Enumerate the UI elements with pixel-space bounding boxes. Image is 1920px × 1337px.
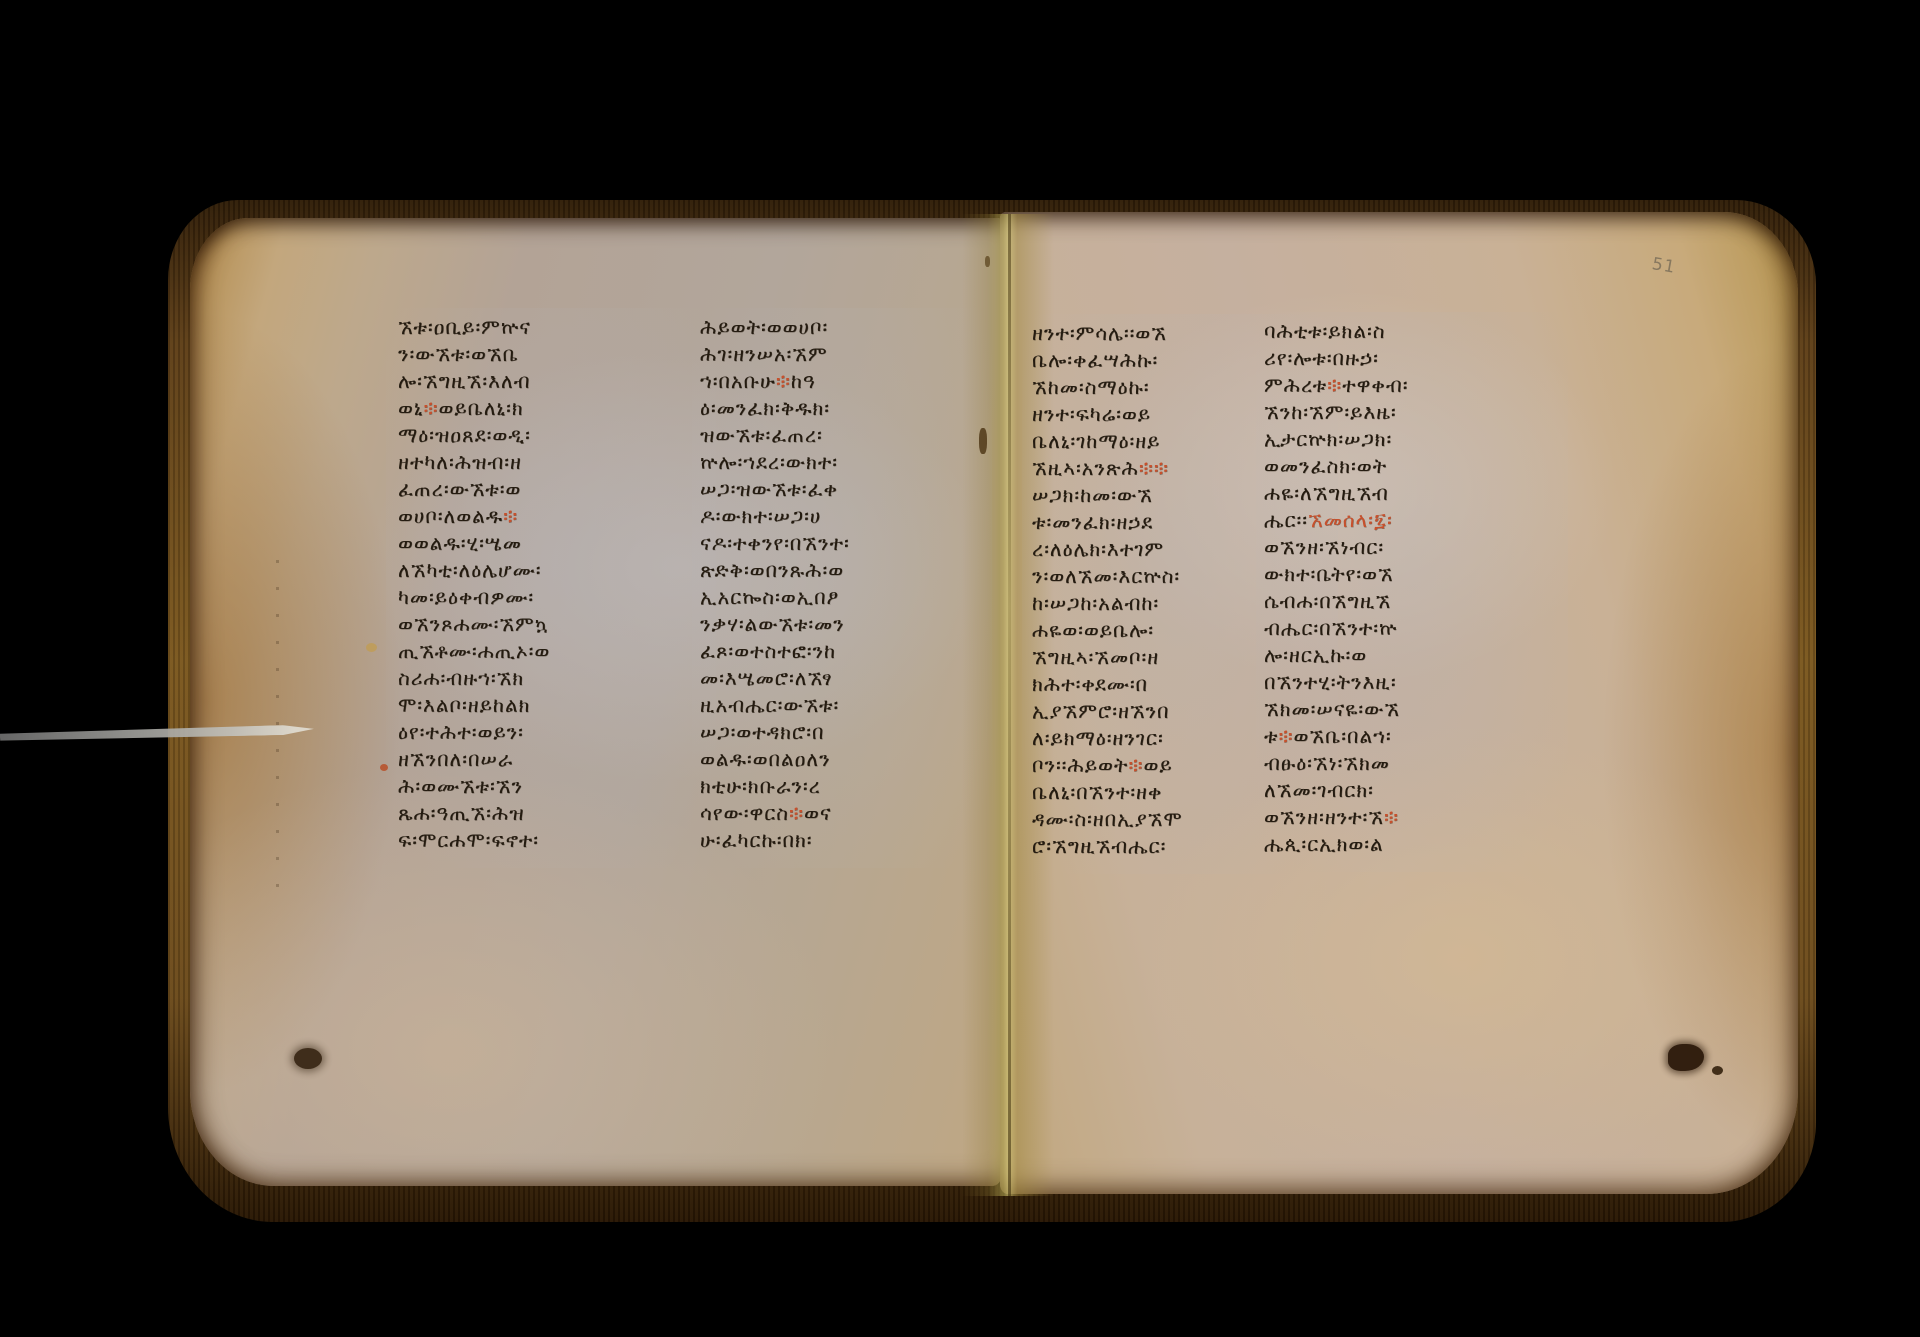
manuscript-text-line: ዘንተ፡ምሳሌ፡፡ወኧ (1032, 320, 1183, 347)
rubric-text: ፨ (503, 504, 518, 528)
manuscript-text-line: ጢኧቶሙ፡ሐጢኦ፡ወ (398, 638, 550, 665)
manuscript-text-line: ኧቱ፡ዐቢይ፡ምኵና (398, 314, 550, 341)
ink-text: ሎ፡ኧግዚኧ፡እለብ (398, 369, 531, 393)
ink-text: ጢኧቶሙ፡ሐጢኦ፡ወ (398, 639, 550, 663)
manuscript-text-line: መ፡እሤመሮ፡ለኧፃ (700, 665, 850, 692)
ink-text: ኵሎ፡ኀደረ፡ውክተ፡ (700, 450, 838, 474)
ink-text: ቤለኒ፡ገከማዕ፡ዘይ (1032, 429, 1160, 453)
ink-text: ሔር፡፡ (1264, 508, 1308, 532)
ink-text: ሠጋ፡ወተዳክሮ፡በ (700, 720, 824, 744)
manuscript-text-line: ወኒ፨ወይቤለኒ፡ክ (398, 395, 550, 422)
manuscript-text-line: ወሀቦ፡ለወልዱ፨ (398, 503, 550, 530)
text-column-right-2: ባሕቲቱ፡ይክል፡ስሪየ፡ሎቱ፡በዙኃ፡ምሕረቱ፨ተዋቀብ፡ኧንከ፡ኧም፡ይእዜ… (1264, 318, 1408, 858)
ink-text: ወልዱ፡ወበልዐለን (700, 747, 831, 771)
manuscript-text-line: ጽድቅ፡ወበንጹሕ፡ወ (700, 557, 850, 584)
ink-text: ቤለኒ፡በኧንተ፡ዘቀ (1032, 780, 1162, 804)
manuscript-text-line: ኧዚኣ፡አንጽሕ፨፨ (1032, 455, 1183, 482)
manuscript-text-line: ሳየው፡ዋርስ፨ወና (700, 800, 850, 827)
ink-text: ሞ፡እልቦ፡ዘይከልክ (398, 693, 530, 717)
manuscript-text-line: ኧንከ፡ኧም፡ይእዜ፡ (1264, 399, 1408, 426)
rubric-text: ፨ (1128, 753, 1143, 777)
ink-text: ኢያኧምሮ፡ዘኧንበ (1032, 699, 1170, 723)
ink-text: ዘንተ፡ምሳሌ፡፡ወኧ (1032, 321, 1167, 345)
manuscript-text-line: ዘኧንበለ፡በሠራ (398, 746, 550, 773)
manuscript-text-line: ዘንተ፡ፍካሬ፡ወይ (1032, 401, 1183, 428)
manuscript-text-line: ዘተካለ፡ሕዝብ፡ዘ (398, 449, 550, 476)
manuscript-text-line: ሮ፡ኧግዚኧብሔር፡ (1032, 833, 1183, 860)
manuscript-text-line: ክሕተ፡ቀደሙ፡በ (1032, 671, 1183, 698)
manuscript-text-line: ዕየ፡ተሕተ፡ወይን፡ (398, 719, 550, 746)
ink-text: ን፡ወለኧመ፡እርኵስ፡ (1032, 564, 1180, 588)
ink-text: ቤሎ፡ቀፈሣሕኩ፡ (1032, 348, 1158, 372)
ink-text: ሎ፡ዘርኢኩ፡ወ (1264, 643, 1367, 667)
ink-text: ሪየ፡ሎቱ፡በዙኃ፡ (1264, 346, 1379, 370)
manuscript-text-line: ለ፡ይክማዕ፡ዘንገር፡ (1032, 725, 1183, 752)
manuscript-text-line: ዚአብሔር፡ውኧቱ፡ (700, 692, 850, 719)
manuscript-text-line: ምሕረቱ፨ተዋቀብ፡ (1264, 372, 1408, 399)
red-fleck (380, 764, 388, 771)
ink-text: ወኧንጾሐሙ፡ኧምኳ (398, 612, 549, 636)
manuscript-text-line: ረ፡ለዕሌክ፡እተገም (1032, 536, 1183, 563)
manuscript-text-line: ሎ፡ኧግዚኧ፡እለብ (398, 368, 550, 395)
ink-text: ሕ፡ወሙኧቱ፡ኧን (398, 774, 523, 798)
manuscript-text-line: ከ፡ሠጋከ፡አልብከ፡ (1032, 590, 1183, 617)
manuscript-text-line: ሕ፡ወሙኧቱ፡ኧን (398, 773, 550, 800)
ink-text: ከዓ (791, 369, 816, 393)
rubric-text: ፨፨ (1139, 456, 1169, 480)
ink-text: ኢታርኵክ፡ሠጋክ፡ (1264, 427, 1392, 451)
manuscript-text-line: ፍ፡ሞርሐሞ፡ፍኖተ፡ (398, 827, 550, 854)
manuscript-text-line: ፈጠረ፡ውኧቱ፡ወ (398, 476, 550, 503)
ink-text: ጽድቅ፡ወበንጹሕ፡ወ (700, 558, 844, 582)
manuscript-text-line: ን፡ወለኧመ፡እርኵስ፡ (1032, 563, 1183, 590)
ink-text: በኧንተሂ፡ትንእዚ፡ (1264, 670, 1397, 694)
ink-text: ዳሙ፡ስ፡ዘበኢያኧሞ (1032, 807, 1183, 831)
ink-stain (1712, 1066, 1723, 1075)
ink-text: ፈጾ፡ወተስተፎ፡ንከ (700, 639, 836, 663)
manuscript-text-line: በኧንተሂ፡ትንእዚ፡ (1264, 669, 1408, 696)
manuscript-text-line: ሁ፡ፈካርኩ፡በክ፡ (700, 827, 850, 854)
ink-text: ኧግዚኣ፡ኧመቦ፡ዘ (1032, 645, 1159, 669)
manuscript-text-line: ሠጋ፡ዝውኧቱ፡ፈቀ (700, 476, 850, 503)
rubric-text: ፨ (776, 369, 791, 393)
manuscript-text-line: ሠጋ፡ወተዳክሮ፡በ (700, 719, 850, 746)
rubric-text: ፨ (789, 801, 804, 825)
ink-text: ወወልዱ፡ሂ፡ሤመ (398, 531, 522, 555)
text-column-left-2: ሕይወት፡ወወሀቦ፡ሕገ፡ዘንሠአ፡ኧምኀ፡በአቡሁ፨ከዓዕ፡መንፈክ፡ቅዱክ፡… (700, 314, 850, 854)
ink-text: ፈጠረ፡ውኧቱ፡ወ (398, 477, 521, 501)
ink-text: ሔጲ፡ርኢክወ፡ል (1264, 832, 1384, 856)
ink-text: ኀ፡በአቡሁ (700, 369, 776, 393)
manuscript-text-line: ወኧንዘ፡ዘንተ፡ኧ፨ (1264, 804, 1408, 831)
gutter-sewing-hole (985, 256, 990, 267)
rubric-text: ፨ (1384, 805, 1399, 829)
ink-text: ን፡ውኧቱ፡ወኧቤ (398, 342, 519, 366)
ink-text: ወኒ (398, 396, 423, 420)
ink-text: ለኧመ፡ገብርክ፡ (1264, 778, 1374, 802)
manuscript-text-line: ፈጾ፡ወተስተፎ፡ንከ (700, 638, 850, 665)
rubric-text: ፨ (1327, 373, 1342, 397)
manuscript-text-line: ቱ፡መንፈክ፡ዘኃደ (1032, 509, 1183, 536)
text-column-right-1: ዘንተ፡ምሳሌ፡፡ወኧቤሎ፡ቀፈሣሕኩ፡ኧከመ፡ስማዕኩ፡ዘንተ፡ፍካሬ፡ወይቤ… (1032, 320, 1183, 860)
ink-stain (294, 1048, 322, 1069)
ink-text: ሳየው፡ዋርስ (700, 801, 789, 825)
manuscript-text-line: ብሔር፡በኧንተ፡ኵ (1264, 615, 1408, 642)
ink-text: ኢአርኰስ፡ወኢበፆ (700, 585, 839, 609)
manuscript-text-line: ሕገ፡ዘንሠአ፡ኧም (700, 341, 850, 368)
manuscript-text-line: ሠጋክ፡ከመ፡ውኧ (1032, 482, 1183, 509)
manuscript-text-line: ጼሐ፡ዓጢኧ፡ሕዝ (398, 800, 550, 827)
manuscript-text-line: ኢያኧምሮ፡ዘኧንበ (1032, 698, 1183, 725)
manuscript-text-line: ኧከመ፡ስማዕኩ፡ (1032, 374, 1183, 401)
ink-text: ወይቤለኒ፡ክ (439, 396, 524, 420)
ink-text: ወይ (1143, 753, 1172, 777)
ink-text: ወሀቦ፡ለወልዱ (398, 504, 503, 528)
ink-text: ዶ፡ውክተ፡ሠጋ፡ሀ (700, 504, 821, 528)
ink-text: ሐዬ፡ለኧግዚኧብ (1264, 481, 1389, 505)
ink-text: ሕገ፡ዘንሠአ፡ኧም (700, 342, 828, 366)
ink-text: ለ፡ይክማዕ፡ዘንገር፡ (1032, 726, 1164, 750)
manuscript-text-line: ኀ፡በአቡሁ፨ከዓ (700, 368, 850, 395)
manuscript-text-line: ኧክመ፡ሠናዬ፡ውኧ (1264, 696, 1408, 723)
ink-text: ሁ፡ፈካርኩ፡በክ፡ (700, 828, 812, 852)
manuscript-text-line: ባሕቲቱ፡ይክል፡ስ (1264, 318, 1408, 345)
manuscript-text-line: ሎ፡ዘርኢኩ፡ወ (1264, 642, 1408, 669)
rubric-text: ፨ (1279, 724, 1294, 748)
manuscript-text-line: ሴብሐ፡በኧግዚኧ (1264, 588, 1408, 615)
wax-spot (366, 643, 377, 652)
ink-text: ወና (804, 801, 831, 825)
ink-text: ወኧንዘ፡ኧነብር፡ (1264, 535, 1384, 559)
manuscript-text-line: ቤሎ፡ቀፈሣሕኩ፡ (1032, 347, 1183, 374)
manuscript-text-line: ሞ፡እልቦ፡ዘይከልክ (398, 692, 550, 719)
ink-text: ወኧቤ፡በልኀ፡ (1294, 724, 1392, 748)
ink-text: ዘኧንበለ፡በሠራ (398, 747, 513, 771)
ink-text: ሮ፡ኧግዚኧብሔር፡ (1032, 834, 1166, 858)
manuscript-text-line: ቱ፨ወኧቤ፡በልኀ፡ (1264, 723, 1408, 750)
ink-text: ንቃሃ፡ልውኧቱ፡መን (700, 612, 845, 636)
ink-text: ተዋቀብ፡ (1342, 373, 1408, 397)
ink-text: ባሕቲቱ፡ይክል፡ስ (1264, 319, 1385, 343)
ink-text: ዘተካለ፡ሕዝብ፡ዘ (398, 450, 522, 474)
ink-text: ኧዚኣ፡አንጽሕ (1032, 456, 1139, 480)
ink-text: መ፡እሤመሮ፡ለኧፃ (700, 666, 833, 690)
manuscript-text-line: ለኧካቲ፡ለዕሌሆሙ፡ (398, 557, 550, 584)
manuscript-text-line: ዕ፡መንፈክ፡ቅዱክ፡ (700, 395, 850, 422)
manuscript-text-line: ወኧንዘ፡ኧነብር፡ (1264, 534, 1408, 561)
ink-text: ሕይወት፡ወወሀቦ፡ (700, 315, 828, 339)
ink-text: ቱ (1264, 724, 1279, 748)
manuscript-text-line: ወወልዱ፡ሂ፡ሤመ (398, 530, 550, 557)
manuscript-text-line: ሕይወት፡ወወሀቦ፡ (700, 314, 850, 341)
ink-text: ዚአብሔር፡ውኧቱ፡ (700, 693, 839, 717)
ink-text: ለኧካቲ፡ለዕሌሆሙ፡ (398, 558, 541, 582)
manuscript-text-line: ለኧመ፡ገብርክ፡ (1264, 777, 1408, 804)
rubric-text: ፨ (423, 396, 438, 420)
ink-text: ሠጋ፡ዝውኧቱ፡ፈቀ (700, 477, 838, 501)
manuscript-text-line: ኢታርኵክ፡ሠጋክ፡ (1264, 426, 1408, 453)
ink-text: ካመ፡ይዕቀብዎሙ፡ (398, 585, 534, 609)
ink-text: ሐዬወ፡ወይቤሎ፡ (1032, 618, 1154, 642)
ink-text: ከ፡ሠጋከ፡አልብከ፡ (1032, 591, 1159, 615)
manuscript-text-line: ማዕ፡ዝዐጸደ፡ወዲ፡ (398, 422, 550, 449)
manuscript-text-line: ዳሙ፡ስ፡ዘበኢያኧሞ (1032, 806, 1183, 833)
ink-text: ኧቱ፡ዐቢይ፡ምኵና (398, 315, 531, 339)
manuscript-text-line: ቤለኒ፡ገከማዕ፡ዘይ (1032, 428, 1183, 455)
ink-text: ዕ፡መንፈክ፡ቅዱክ፡ (700, 396, 830, 420)
ink-text: ናዶ፡ተቀንየ፡በኧንተ፡ (700, 531, 850, 555)
manuscript-text-line: ኢአርኰስ፡ወኢበፆ (700, 584, 850, 611)
ink-text: ኧንከ፡ኧም፡ይእዜ፡ (1264, 400, 1397, 424)
manuscript-text-line: ቤለኒ፡በኧንተ፡ዘቀ (1032, 779, 1183, 806)
ink-text: ረ፡ለዕሌክ፡እተገም (1032, 537, 1164, 561)
manuscript-text-line: ን፡ውኧቱ፡ወኧቤ (398, 341, 550, 368)
ink-text: ውክተ፡ቤትየ፡ወኧ (1264, 562, 1394, 586)
ink-text: ቱ፡መንፈክ፡ዘኃደ (1032, 510, 1153, 534)
ink-text: ብፁዕ፡ኧነ፡ኧክመ (1264, 751, 1390, 775)
manuscript-text-line: ሐዬ፡ለኧግዚኧብ (1264, 480, 1408, 507)
manuscript-text-line: ወልዱ፡ወበልዐለን (700, 746, 850, 773)
ink-text: ዘንተ፡ፍካሬ፡ወይ (1032, 402, 1151, 426)
manuscript-text-line: ውክተ፡ቤትየ፡ወኧ (1264, 561, 1408, 588)
ink-text: ኧክመ፡ሠናዬ፡ውኧ (1264, 697, 1400, 721)
manuscript-text-line: ኧግዚኣ፡ኧመቦ፡ዘ (1032, 644, 1183, 671)
ink-text: ምሕረቱ (1264, 373, 1327, 397)
ink-text: ቦን፡፡ሕይወት (1032, 753, 1128, 777)
ink-text: ዝውኧቱ፡ፈጠረ፡ (700, 423, 823, 447)
ink-text: ዕየ፡ተሕተ፡ወይን፡ (398, 720, 524, 744)
folio-number: 51 (1650, 254, 1677, 278)
ink-text: ጼሐ፡ዓጢኧ፡ሕዝ (398, 801, 525, 825)
gutter-sewing-hole (979, 428, 987, 454)
manuscript-text-line: ካመ፡ይዕቀብዎሙ፡ (398, 584, 550, 611)
manuscript-text-line: ሔጲ፡ርኢክወ፡ል (1264, 831, 1408, 858)
ink-text: ወመንፈስክ፡ወት (1264, 454, 1387, 478)
ink-text: ሠጋክ፡ከመ፡ውኧ (1032, 483, 1153, 507)
ink-text: ወኧንዘ፡ዘንተ፡ኧ (1264, 805, 1384, 829)
manuscript-text-line: ቦን፡፡ሕይወት፨ወይ (1032, 752, 1183, 779)
manuscript-text-line: ወኧንጾሐሙ፡ኧምኳ (398, 611, 550, 638)
manuscript-text-line: ብፁዕ፡ኧነ፡ኧክመ (1264, 750, 1408, 777)
rubric-text: ኧመሰላ፡፯፡ (1308, 508, 1393, 532)
ink-text: ክሕተ፡ቀደሙ፡በ (1032, 672, 1148, 696)
manuscript-text-line: ንቃሃ፡ልውኧቱ፡መን (700, 611, 850, 638)
manuscript-text-line: ኵሎ፡ኀደረ፡ውክተ፡ (700, 449, 850, 476)
manuscript-text-line: ሪየ፡ሎቱ፡በዙኃ፡ (1264, 345, 1408, 372)
manuscript-text-line: ዶ፡ውክተ፡ሠጋ፡ሀ (700, 503, 850, 530)
manuscript-text-line: ወመንፈስክ፡ወት (1264, 453, 1408, 480)
ink-text: ማዕ፡ዝዐጸደ፡ወዲ፡ (398, 423, 531, 447)
manuscript-text-line: ዝውኧቱ፡ፈጠረ፡ (700, 422, 850, 449)
manuscript-text-line: ናዶ፡ተቀንየ፡በኧንተ፡ (700, 530, 850, 557)
ink-text: ኧከመ፡ስማዕኩ፡ (1032, 375, 1150, 399)
manuscript-text-line: ሔር፡፡ኧመሰላ፡፯፡ (1264, 507, 1408, 534)
ink-text: ፍ፡ሞርሐሞ፡ፍኖተ፡ (398, 828, 539, 852)
ink-text: ብሔር፡በኧንተ፡ኵ (1264, 616, 1397, 640)
manuscript-text-line: ክቲሁ፡ክቡራን፡ረ (700, 773, 850, 800)
manuscript-text-line: ሐዬወ፡ወይቤሎ፡ (1032, 617, 1183, 644)
text-column-left-1: ኧቱ፡ዐቢይ፡ምኵናን፡ውኧቱ፡ወኧቤሎ፡ኧግዚኧ፡እለብወኒ፨ወይቤለኒ፡ክማ… (398, 314, 550, 854)
ink-text: ሴብሐ፡በኧግዚኧ (1264, 589, 1391, 613)
manuscript-text-line: ስሪሐ፡ብዙኀ፡ኧክ (398, 665, 550, 692)
ink-text: ክቲሁ፡ክቡራን፡ረ (700, 774, 821, 798)
ink-text: ስሪሐ፡ብዙኀ፡ኧክ (398, 666, 524, 690)
